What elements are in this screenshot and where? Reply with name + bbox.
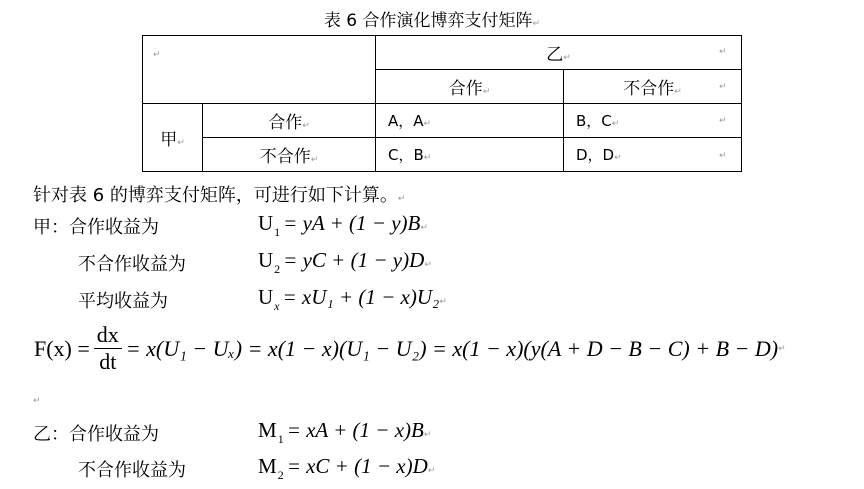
- jia-label-cooperate: 合作收益为: [69, 217, 159, 238]
- yi-label-cooperate: 合作收益为: [69, 424, 159, 445]
- label-text: 不合作收益为: [78, 460, 186, 481]
- replicator-equation: F(x) = dx dt = x(U₁ − Uₓ) = x(1 − x)(U₁ …: [34, 322, 786, 375]
- paragraph-mark-icon: ↵: [420, 223, 428, 233]
- eq-subscript: x: [274, 299, 279, 313]
- yi-equation-m2: M2= xC + (1 − x)D↵: [258, 454, 435, 479]
- paragraph-mark-icon: ↵: [177, 138, 185, 148]
- yi-prefix: 乙：合作收益为: [33, 420, 159, 446]
- eq-lhs: M: [258, 454, 277, 478]
- paragraph-mark-icon: ↵: [428, 466, 436, 476]
- table-row: ↵ 乙↵: [143, 36, 742, 70]
- col-header-label: 合作: [449, 79, 483, 99]
- eq-lhs: M: [258, 418, 277, 442]
- row-header-cooperate: 合作↵: [203, 104, 376, 138]
- paragraph-mark-icon: ↵: [674, 87, 682, 97]
- eq-subscript: 1: [274, 225, 280, 239]
- payoff-value: C，B: [388, 146, 424, 164]
- label-text: 平均收益为: [78, 291, 168, 312]
- eq-rhs: = xA + (1 − x)B: [287, 418, 424, 442]
- row-end-mark-icon: ↵: [719, 47, 727, 57]
- payoff-value: A，A: [388, 112, 424, 130]
- jia-prefix-text: 甲：: [33, 217, 69, 238]
- label-text: 不合作收益为: [78, 254, 186, 275]
- col-header-cooperate: 合作↵: [376, 70, 564, 104]
- paragraph-mark-icon: ↵: [398, 194, 406, 204]
- yi-prefix-text: 乙：: [33, 424, 69, 445]
- paragraph-mark-icon: ↵: [424, 430, 432, 440]
- payoff-value: D，D: [576, 146, 614, 164]
- paragraph-mark-icon: ↵: [483, 87, 491, 97]
- jia-equation-u2: U2= yC + (1 − y)D↵: [258, 248, 432, 273]
- eq-rhs: = yA + (1 − y)B: [283, 211, 420, 235]
- paragraph-mark-icon: ↵: [778, 344, 786, 354]
- jia-equation-u1: U1= yA + (1 − y)B↵: [258, 211, 428, 236]
- derivative-fraction: dx dt: [94, 322, 122, 375]
- row-header-label: 合作: [268, 113, 302, 133]
- paragraph-mark-icon: ↵: [533, 19, 541, 29]
- paragraph-mark-icon: ↵: [153, 50, 161, 60]
- eq-rhs: = xC + (1 − x)D: [287, 454, 428, 478]
- player-jia-label: 甲: [160, 130, 177, 150]
- jia-prefix: 甲：合作收益为: [33, 213, 159, 239]
- table-caption: 表 6 合作演化博弈支付矩阵↵: [0, 6, 864, 31]
- paragraph-mark-icon: ↵: [302, 121, 310, 131]
- fraction-denominator: dt: [94, 349, 122, 375]
- row-header-label: 不合作: [260, 147, 311, 167]
- player-yi-label: 乙: [546, 45, 563, 65]
- paragraph-mark-icon: ↵: [439, 297, 447, 307]
- eq-subscript: 1: [278, 432, 284, 446]
- eq-subscript: 2: [278, 468, 284, 482]
- paragraph-mark-icon: ↵: [424, 153, 432, 163]
- payoff-value: B，C: [576, 112, 612, 130]
- player-yi-header: 乙↵: [376, 36, 742, 70]
- paragraph-mark-icon: ↵: [424, 260, 432, 270]
- row-header-defect: 不合作↵: [203, 138, 376, 172]
- empty-paragraph-mark-icon: ↵: [33, 396, 41, 406]
- paragraph-mark-icon: ↵: [424, 119, 432, 129]
- payoff-cell: C，B↵: [376, 138, 564, 172]
- row-end-mark-icon: ↵: [719, 116, 727, 126]
- col-header-defect: 不合作↵: [564, 70, 742, 104]
- payoff-matrix-table: ↵ 乙↵ 合作↵ 不合作↵ 甲↵ 合作↵ A，A↵ B，C↵ 不合作↵ C，B↵…: [142, 35, 742, 172]
- jia-equation-ux: Ux= xU₁ + (1 − x)U₂↵: [258, 285, 447, 310]
- jia-label-average: 平均收益为: [78, 287, 168, 313]
- eq-rhs: = x(U₁ − Uₓ) = x(1 − x)(U₁ − U₂) = x(1 −…: [126, 336, 778, 362]
- eq-rhs: = xU₁ + (1 − x)U₂: [283, 285, 440, 309]
- intro-text: 针对表 6 的博弈支付矩阵，可进行如下计算。: [33, 185, 398, 206]
- row-end-mark-icon: ↵: [719, 151, 727, 161]
- paragraph-mark-icon: ↵: [612, 119, 620, 129]
- table-row: 甲↵ 合作↵ A，A↵ B，C↵: [143, 104, 742, 138]
- payoff-cell: A，A↵: [376, 104, 564, 138]
- intro-paragraph: 针对表 6 的博弈支付矩阵，可进行如下计算。↵: [33, 181, 405, 207]
- jia-label-defect: 不合作收益为: [78, 250, 186, 276]
- paragraph-mark-icon: ↵: [614, 153, 622, 163]
- eq-lhs: U: [258, 211, 273, 235]
- empty-corner-cell: ↵: [143, 36, 376, 104]
- yi-equation-m1: M1= xA + (1 − x)B↵: [258, 418, 431, 443]
- yi-label-defect: 不合作收益为: [78, 456, 186, 482]
- paragraph-mark-icon: ↵: [311, 155, 319, 165]
- player-jia-header: 甲↵: [143, 104, 203, 172]
- table-row: 不合作↵ C，B↵ D，D↵: [143, 138, 742, 172]
- eq-rhs: = yC + (1 − y)D: [283, 248, 424, 272]
- paragraph-mark-icon: ↵: [563, 53, 571, 63]
- caption-text: 表 6 合作演化博弈支付矩阵: [324, 11, 533, 31]
- eq-lhs: F(x) =: [34, 336, 90, 362]
- eq-subscript: 2: [274, 262, 280, 276]
- fraction-numerator: dx: [94, 322, 122, 349]
- eq-lhs: U: [258, 285, 273, 309]
- row-end-mark-icon: ↵: [719, 82, 727, 92]
- payoff-cell: B，C↵: [564, 104, 742, 138]
- eq-lhs: U: [258, 248, 273, 272]
- col-header-label: 不合作: [623, 79, 674, 99]
- payoff-cell: D，D↵: [564, 138, 742, 172]
